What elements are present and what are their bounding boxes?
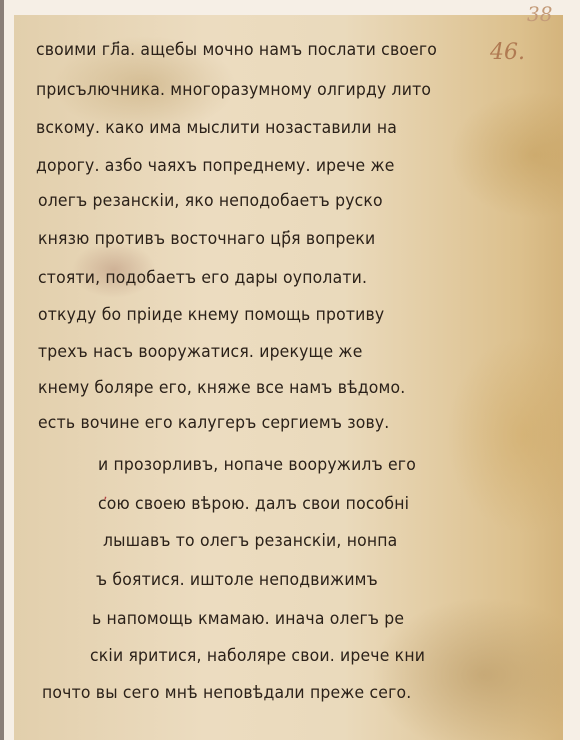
- text-line-6: князю противъ восточнаго цр҃я вопреки: [38, 229, 375, 249]
- text-line-17: скiи яритися, наболяре свои. ирече кни: [90, 646, 425, 666]
- text-line-2: присълючника. многоразумному олгирду лит…: [36, 80, 431, 100]
- text-line-11: есть вочине его калугеръ сергиемъ зову.: [38, 413, 389, 433]
- text-line-10: кнему боляре его, княже все намъ вѣдомо.: [38, 378, 405, 398]
- text-line-13: сою своею вѣрою. далъ свои пособнi: [98, 494, 409, 514]
- text-line-15: ъ боятися. иштоле неподвижимъ: [96, 570, 378, 590]
- text-line-16: ь напомощь кмамаю. инача олегъ ре: [92, 609, 404, 629]
- red-initial-mark: ٬: [103, 495, 107, 511]
- text-line-14: лышавъ то олегъ резанскiи, нонпа: [103, 531, 397, 551]
- text-line-9: трехъ насъ вооружатися. ирекуще же: [38, 342, 363, 362]
- folio-number-ink: 46.: [490, 40, 525, 65]
- text-line-1: своими гл҃а. ащебы мочно намъ послати св…: [36, 40, 437, 60]
- text-line-8: откуду бо прiиде кнему помощь противу: [38, 305, 384, 325]
- text-line-5: олегъ резанскiи, яко неподобаетъ руско: [38, 191, 383, 211]
- text-line-18: почто вы сего мнѣ неповѣдали преже сего.: [42, 683, 411, 703]
- text-line-3: вскому. како има мыслити нозаставили на: [36, 118, 397, 138]
- scan-edge: [0, 0, 4, 740]
- text-line-12: и прозорливъ, нопаче вооружилъ его: [98, 455, 416, 475]
- text-line-4: дорогу. азбо чаяхъ попреднему. ирече же: [36, 156, 395, 176]
- folio-number-pencil: 38: [527, 2, 552, 26]
- text-line-7: стояти, подобаетъ его дары оуполати.: [38, 268, 367, 288]
